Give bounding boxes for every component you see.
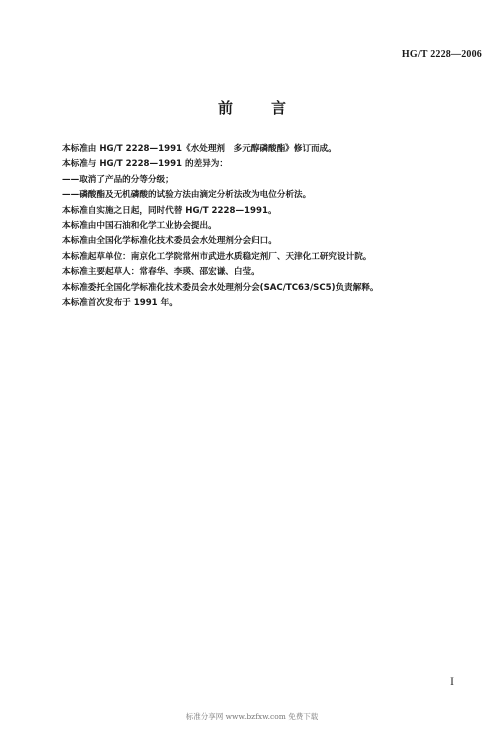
foreword-line: ——磷酸酯及无机磷酸的试验方法由滴定分析法改为电位分析法。 bbox=[62, 188, 482, 203]
page-title-char-1: 前 bbox=[218, 97, 233, 118]
foreword-line: ——取消了产品的分等分级； bbox=[62, 173, 482, 188]
foreword-body: 本标准由 HG/T 2228—1991《水处理剂 多元醇磷酸酯》修订而成。 本标… bbox=[62, 142, 482, 311]
footer-watermark: 标准分享网 www.bzfxw.com 免费下载 bbox=[0, 711, 504, 722]
page-title: 前言 bbox=[0, 97, 504, 118]
foreword-line: 本标准由全国化学标准化技术委员会水处理剂分会归口。 bbox=[62, 234, 482, 249]
standard-number: HG/T 2228—2006 bbox=[402, 49, 482, 60]
foreword-line: 本标准由 HG/T 2228—1991《水处理剂 多元醇磷酸酯》修订而成。 bbox=[62, 142, 482, 157]
foreword-line: 本标准主要起草人：常春华、李瑛、邵宏谦、白莹。 bbox=[62, 265, 482, 280]
page-number: I bbox=[450, 674, 454, 689]
foreword-line: 本标准自实施之日起，同时代替 HG/T 2228—1991。 bbox=[62, 204, 482, 219]
foreword-line: 本标准首次发布于 1991 年。 bbox=[62, 296, 482, 311]
foreword-line: 本标准与 HG/T 2228—1991 的差异为： bbox=[62, 157, 482, 172]
foreword-line: 本标准起草单位：南京化工学院常州市武进水质稳定剂厂、天津化工研究设计院。 bbox=[62, 250, 482, 265]
page-title-char-2: 言 bbox=[271, 97, 286, 118]
foreword-line: 本标准由中国石油和化学工业协会提出。 bbox=[62, 219, 482, 234]
foreword-line: 本标准委托全国化学标准化技术委员会水处理剂分会(SAC/TC63/SC5)负责解… bbox=[62, 281, 482, 296]
